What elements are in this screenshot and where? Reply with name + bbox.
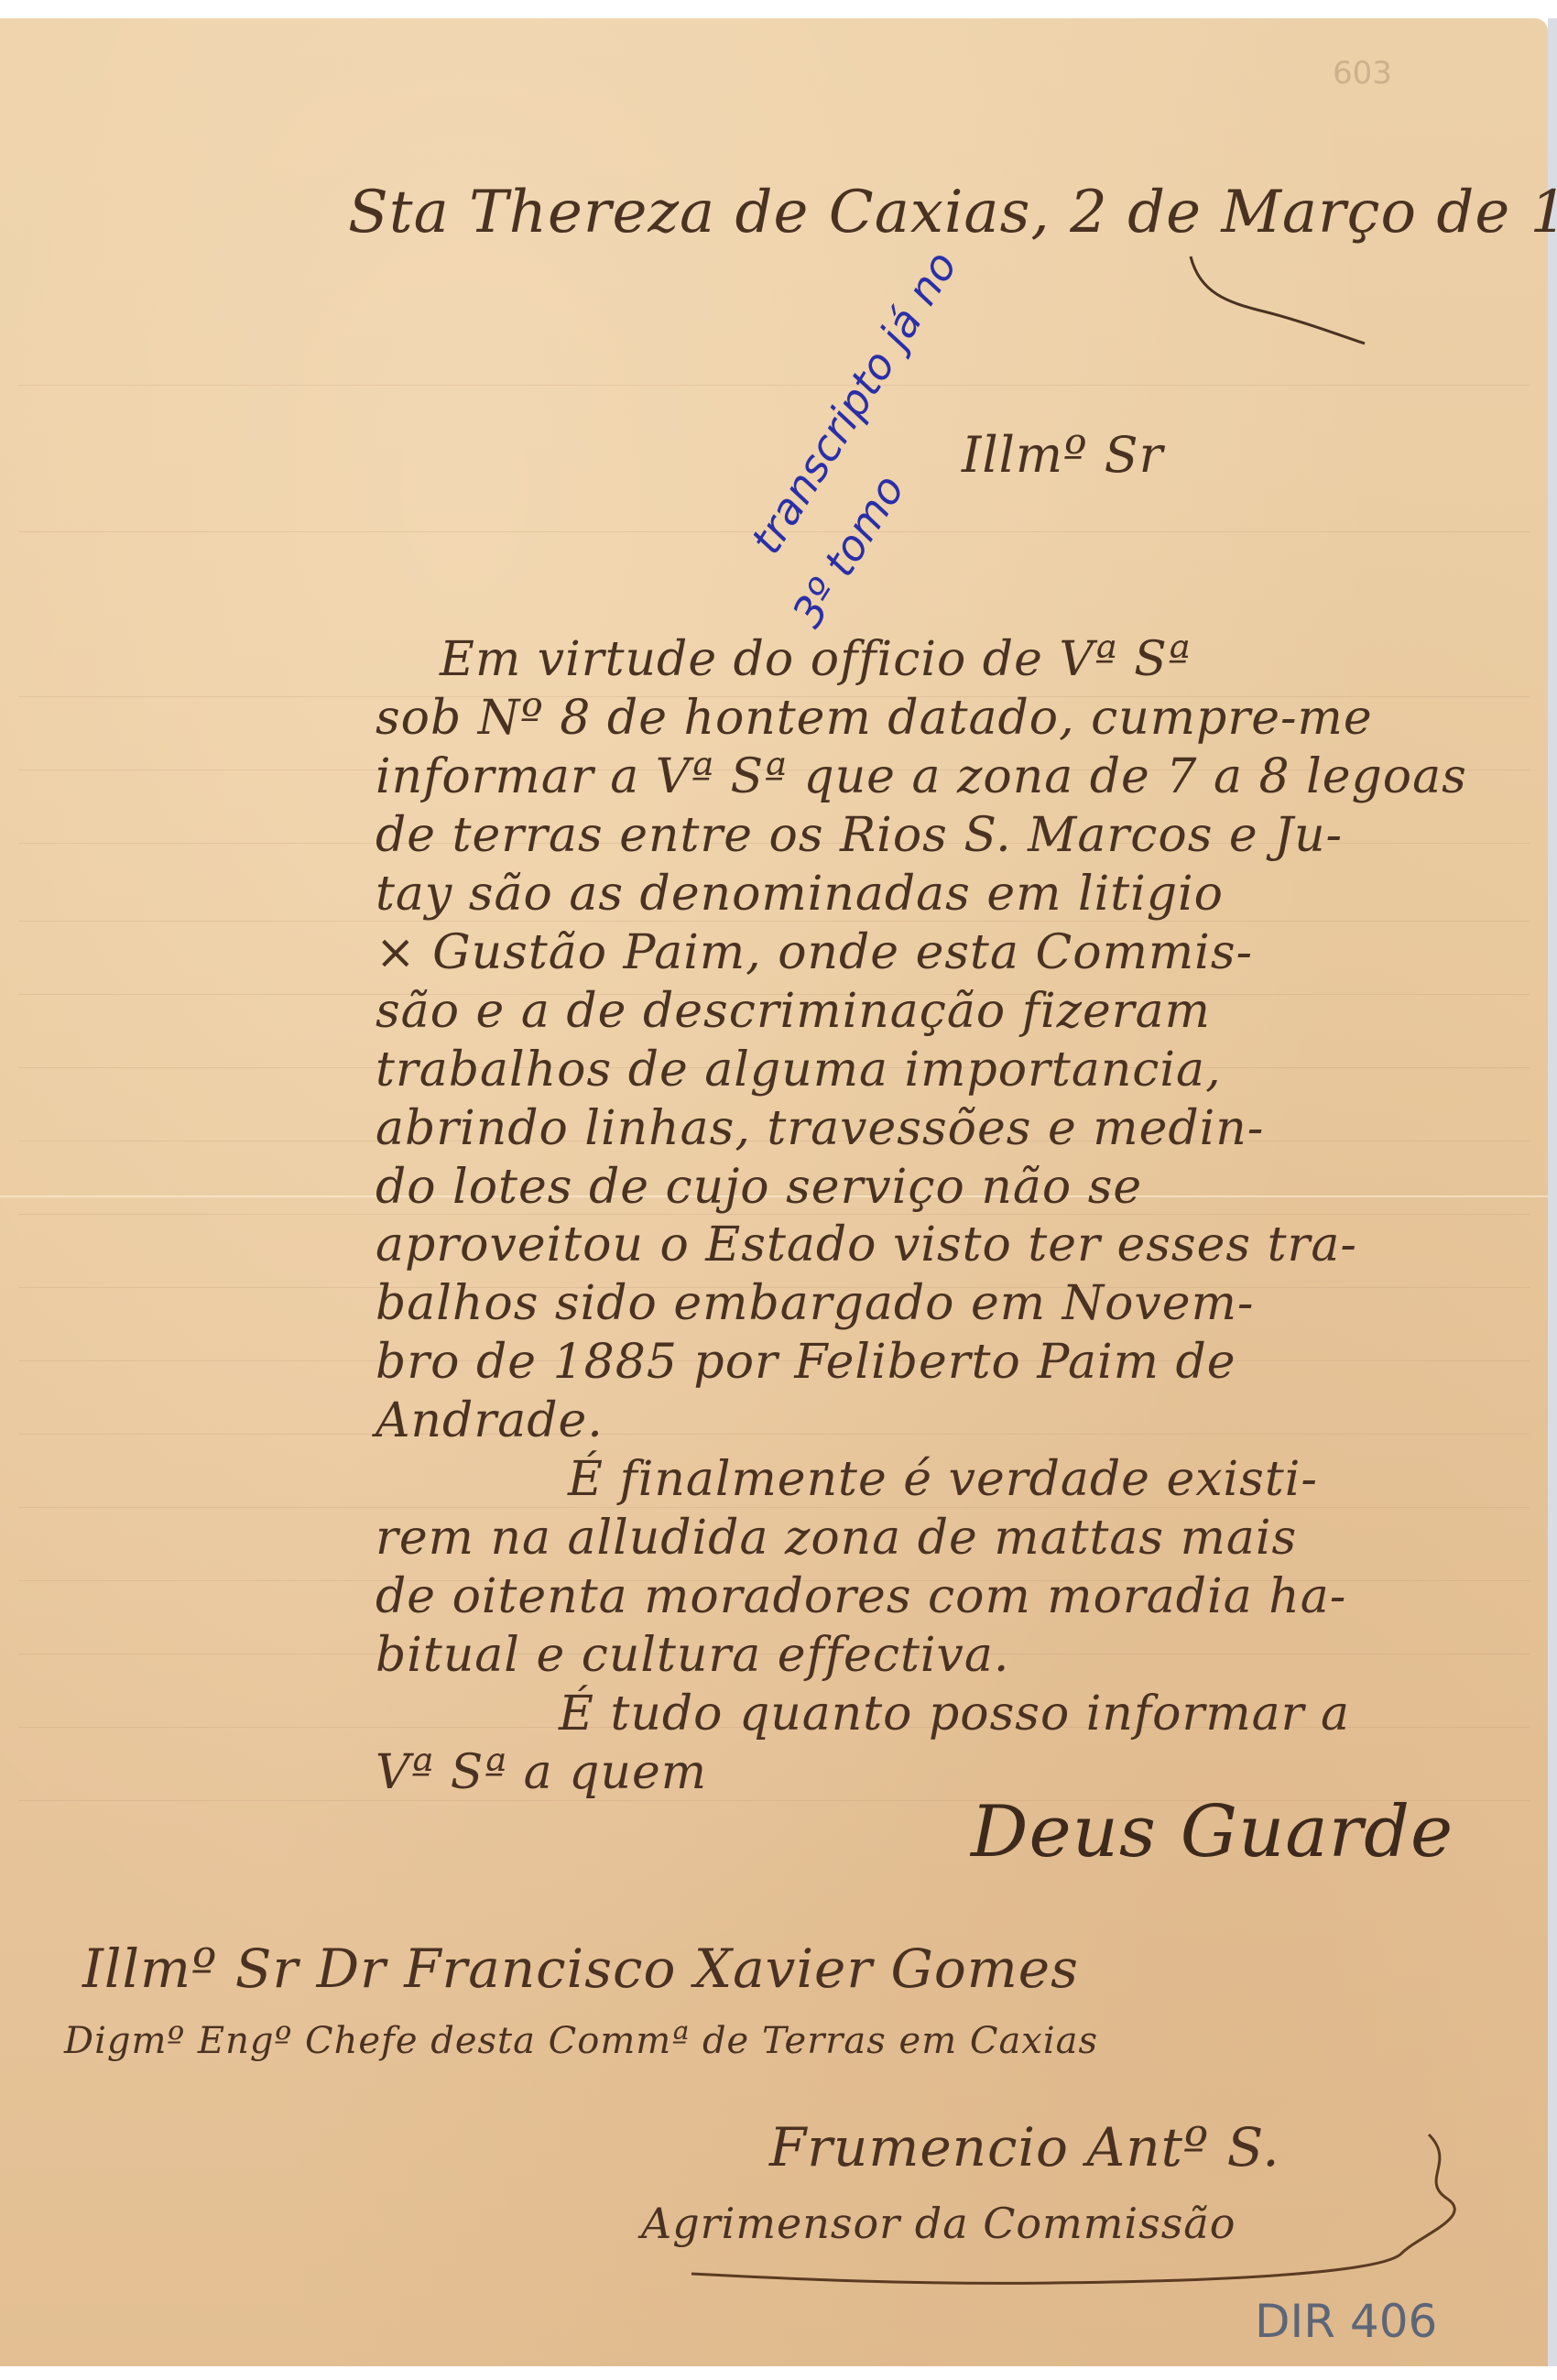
body-line: são e a de descriminação fizeram: [376, 984, 1211, 1039]
body-line: abrindo linhas, travessões e medin-: [376, 1101, 1264, 1156]
body-line: sob Nº 8 de hontem datado, cumpre-me: [376, 691, 1373, 746]
body-line: balhos sido embargado em Novem-: [376, 1276, 1254, 1331]
body-line: Em virtude do officio de Vª Sª: [440, 632, 1192, 687]
body-line: × Gustão Paim, onde esta Commis-: [376, 925, 1253, 980]
place-date: Sta Thereza de Caxias, 2 de Março de 188…: [348, 179, 1557, 246]
body-line: de oitenta moradores com moradia ha-: [376, 1569, 1346, 1624]
closing-deus-guarde: Deus Guarde: [971, 1791, 1454, 1873]
body-line: bitual e cultura effectiva.: [376, 1628, 1009, 1683]
body-line: de terras entre os Rios S. Marcos e Ju-: [376, 808, 1343, 863]
body-line: aproveitou o Estado visto ter esses tra-: [376, 1217, 1357, 1272]
body-line: trabalhos de alguma importancia,: [376, 1043, 1222, 1097]
body-line: rem na alludida zona de mattas mais: [376, 1511, 1297, 1566]
ruled-line: [18, 385, 1530, 386]
salutation: Illmº Sr: [962, 426, 1163, 484]
scan-edge: [1548, 18, 1557, 2366]
body-line: Vª Sª a quem: [376, 1745, 707, 1800]
body-line: do lotes de cujo serviço não se: [376, 1160, 1142, 1215]
faint-page-number: 603: [1333, 55, 1392, 92]
ruled-line: [18, 1507, 1530, 1508]
ruled-line: [18, 1434, 1530, 1435]
body-line: tay são as denominadas em litigio: [376, 867, 1224, 922]
body-line: É tudo quanto posso informar a: [559, 1687, 1350, 1741]
addressee-name: Illmº Sr Dr Francisco Xavier Gomes: [82, 1938, 1079, 2000]
body-line: Andrade.: [376, 1393, 604, 1448]
body-line: É finalmente é verdade existi-: [568, 1452, 1318, 1507]
date-underline-flourish: [1191, 257, 1374, 330]
catalog-number: DIR 406: [1255, 2295, 1437, 2348]
signature-flourish: [687, 2125, 1511, 2309]
body-line: informar a Vª Sª que a zona de 7 a 8 leg…: [376, 749, 1467, 804]
body-line: bro de 1885 por Feliberto Paim de: [376, 1335, 1236, 1390]
addressee-title: Digmº Engº Chefe desta Commª de Terras e…: [64, 2020, 1098, 2062]
